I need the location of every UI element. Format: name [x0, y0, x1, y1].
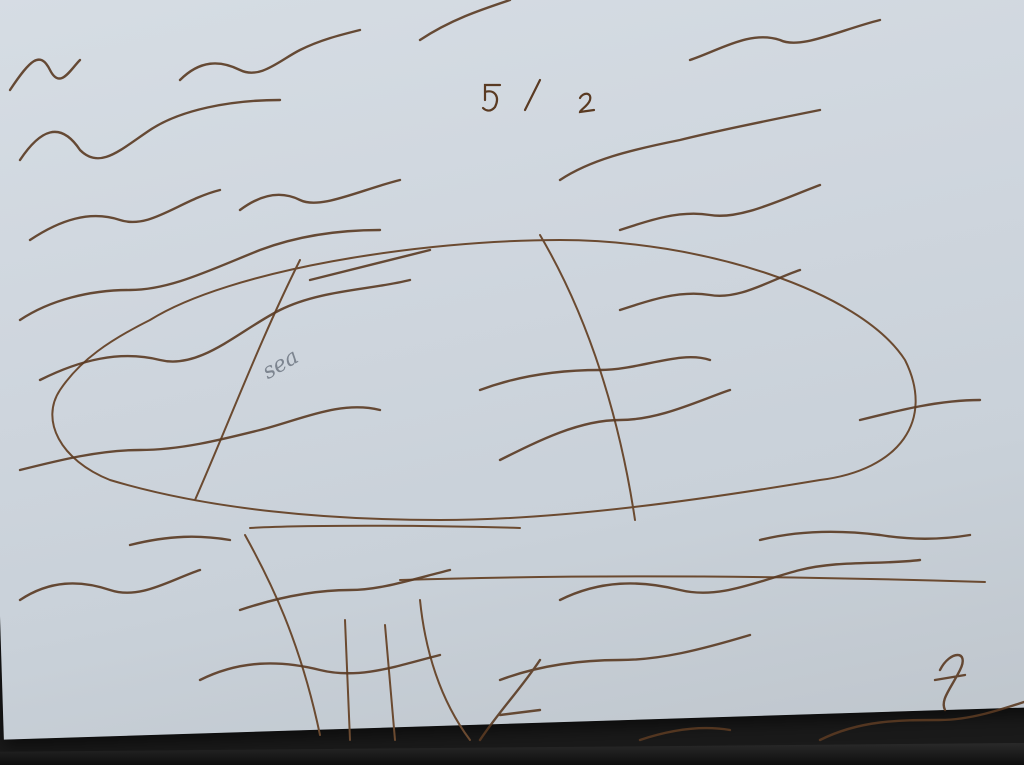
manuscript-photo: sea [0, 0, 1024, 765]
ink-sketch [0, 0, 1024, 765]
